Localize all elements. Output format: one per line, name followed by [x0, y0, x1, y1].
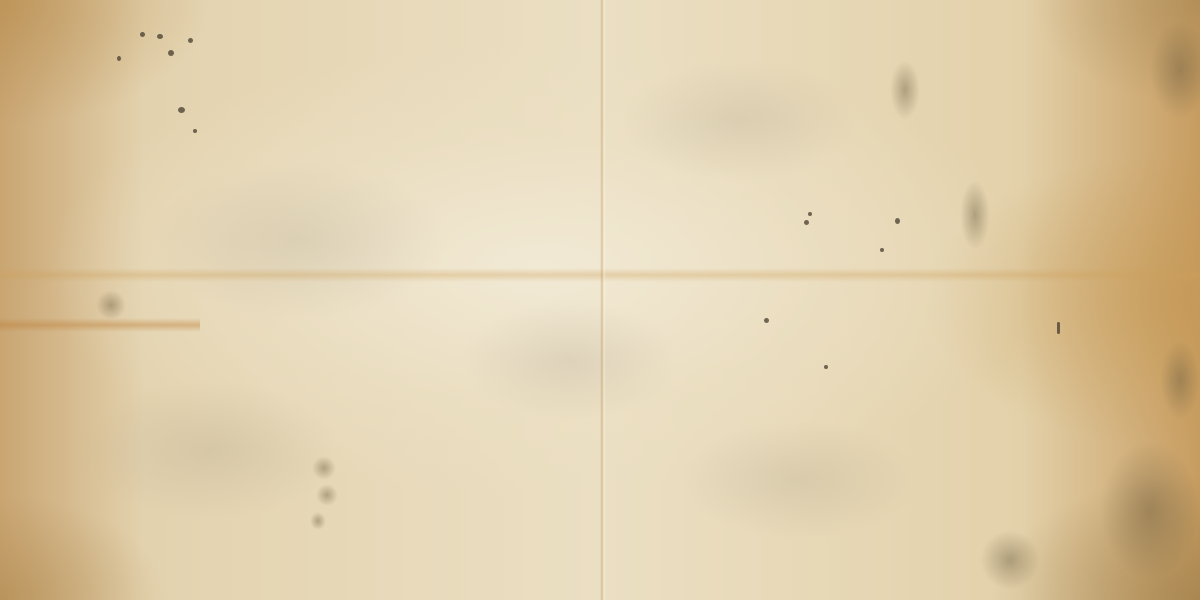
ink-speck	[178, 107, 185, 113]
ink-speck	[140, 32, 145, 37]
faded-stain	[980, 530, 1040, 590]
ink-speck	[188, 38, 193, 43]
smudge	[620, 60, 860, 180]
faded-stain	[1160, 340, 1200, 420]
ink-speck	[824, 365, 828, 369]
ink-speck	[895, 218, 900, 224]
ink-speck	[117, 56, 121, 61]
faded-stain	[316, 484, 338, 506]
faded-stain	[310, 512, 326, 530]
aged-paper-background	[0, 0, 1200, 600]
smudge	[460, 300, 680, 420]
ink-speck	[808, 212, 812, 216]
smudge	[680, 420, 920, 540]
faded-stain	[312, 456, 336, 480]
ink-speck	[193, 129, 197, 133]
ink-speck	[168, 50, 174, 56]
smudge	[80, 380, 340, 520]
ink-speck	[764, 318, 769, 323]
ink-speck	[804, 220, 809, 225]
ink-speck	[880, 248, 884, 252]
ink-speck	[157, 34, 163, 39]
faded-stain	[96, 290, 126, 320]
faded-stain	[960, 180, 990, 250]
faded-stain	[1150, 20, 1200, 120]
ink-speck	[1057, 322, 1060, 334]
horizontal-fold-stain	[0, 318, 200, 332]
smudge	[150, 160, 450, 320]
vertical-fold-crease	[600, 0, 606, 600]
faded-stain	[1100, 440, 1200, 580]
faded-stain	[890, 60, 920, 120]
